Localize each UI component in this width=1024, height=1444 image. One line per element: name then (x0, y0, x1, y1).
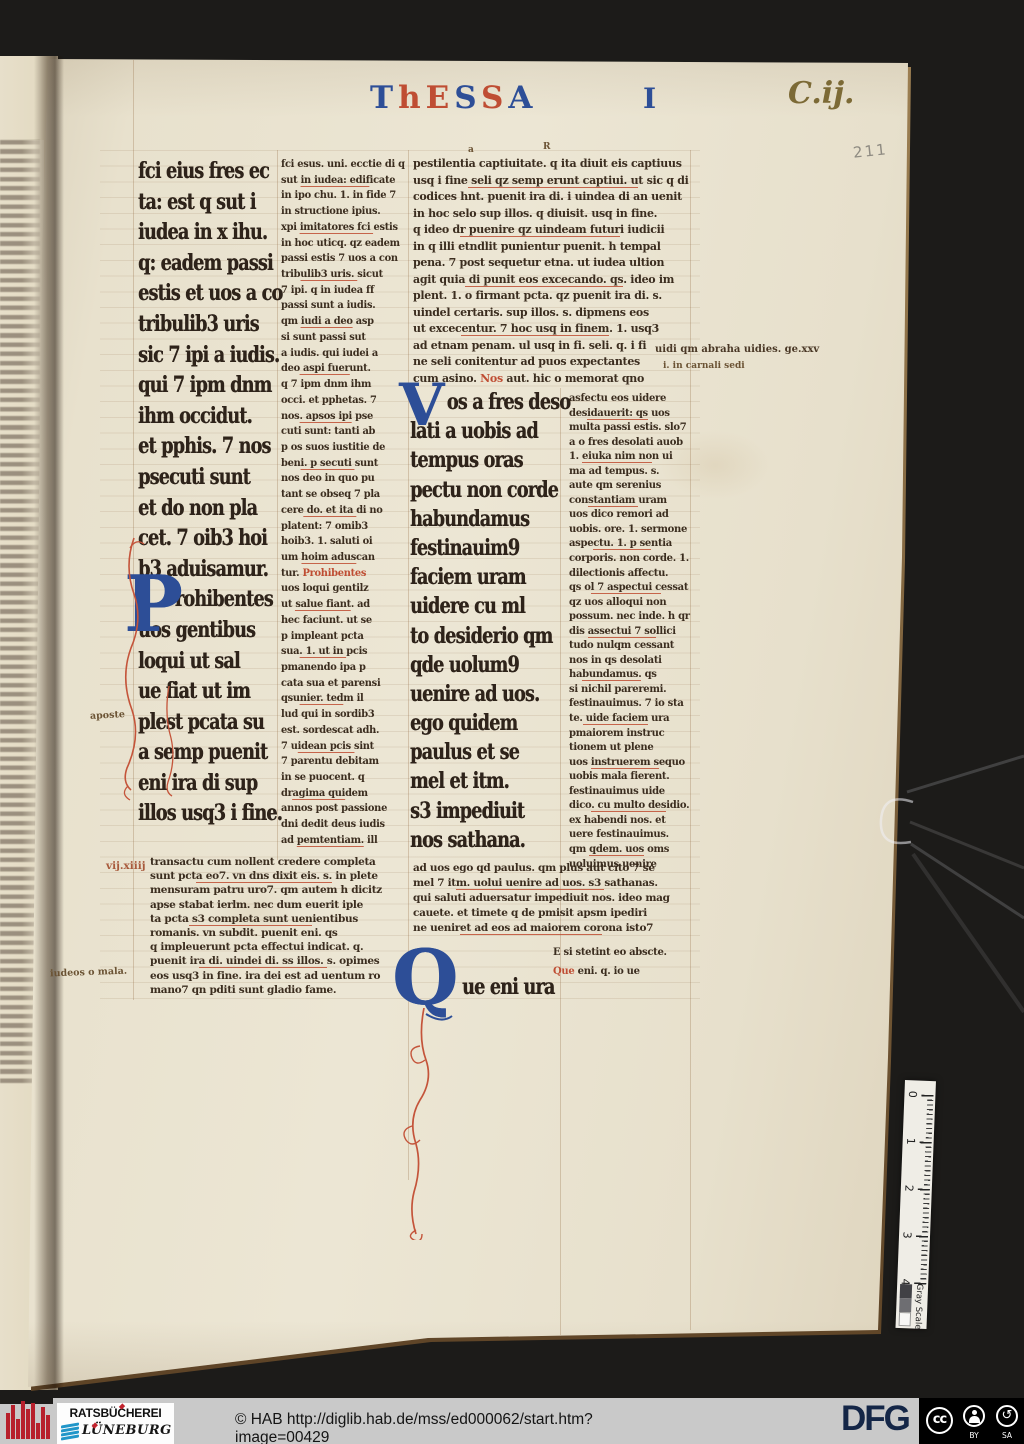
gloss-block-bottom-left: transactu cum nollent credere completasu… (150, 856, 416, 998)
text-line: ne seli conitentur ad puos expectantes (413, 355, 705, 372)
calibration-ruler: 01234 Gray Scale (895, 1080, 935, 1329)
text-line: et pphis. 7 nos (138, 433, 252, 464)
grayscale-swatch-light (899, 1312, 912, 1326)
grayscale-swatch-dark (900, 1284, 913, 1298)
margin-note-left-2: vij.xiiij (106, 860, 146, 872)
text-line: cere do. et ita di no (281, 504, 402, 520)
text-line: ad uos ego qd paulus. qm plus aut cito 7… (413, 862, 699, 877)
text-line: cum asino. Nos aut. hic o memorat qno (413, 372, 705, 389)
margin-note-left-1: aposte (90, 709, 125, 722)
text-line: uere festinauimus. (569, 829, 697, 844)
text-line: mensuram patru uro7. qm autem h dicitz (150, 884, 416, 898)
text-line: um hoim aduscan (281, 551, 402, 567)
final-large-line: ue eni ura (462, 974, 578, 1000)
initial-v: V (399, 376, 444, 434)
text-line: transactu cum nollent credere completa (150, 856, 416, 870)
text-line: ihm occidut. (138, 403, 252, 434)
text-line: sic 7 ipi a iudis. (138, 342, 252, 373)
text-line: iudea in x ihu. (138, 219, 252, 250)
ruler-number: 2 (902, 1184, 915, 1196)
text-line: q ideo dr puenire qz uindeam futuri iudi… (413, 223, 705, 240)
text-line: hoib3. 1. saluti oi (281, 535, 402, 551)
text-line: et do non pla (138, 495, 252, 526)
text-line: lud qui in sordib3 (281, 708, 402, 724)
gloss-block-bottom-right: ad uos ego qd paulus. qm plus aut cito 7… (413, 862, 699, 937)
text-line: in q illi etndlit punientur puenit. h te… (413, 240, 705, 257)
text-line: beni. p secuti sunt (281, 457, 402, 473)
text-line: est. sordescat adh. (281, 724, 402, 740)
title-letter: T (370, 80, 398, 116)
text-line: uobis. ore. 1. sermone (569, 524, 697, 539)
text-line: possum. nec inde. h qr (569, 611, 697, 626)
text-line: qs ol 7 aspectui cessat (569, 582, 697, 597)
text-line: s3 impediuit (410, 798, 538, 827)
text-line: pmaiorem instruc (569, 728, 697, 743)
blue-wave-icon (61, 1423, 79, 1440)
text-line: usq i fine seli qz semp erunt captiui. u… (413, 174, 705, 191)
text-line: apse stabat ierlm. nec dum euerit iple (150, 899, 416, 913)
text-line: cuti sunt: tanti ab (281, 425, 402, 441)
text-line: cet. 7 oib3 hoi (138, 525, 252, 556)
ruler-cm-ticks (914, 1095, 933, 1285)
title-letter: A (508, 80, 537, 116)
text-line: a iudis. qui iudei a (281, 347, 402, 363)
text-line: illos usq3 i fine. (138, 800, 252, 831)
text-line: 1. eiuka nim non ui (569, 451, 697, 466)
text-line: uindel certaris. sup illos. s. dipmens e… (413, 306, 705, 323)
text-line: tribulib3 uris. sicut (281, 268, 402, 284)
text-line: annos post passione (281, 802, 402, 818)
cc-sa-label: SA (996, 1431, 1018, 1440)
text-line: passi estis 7 uos a con (281, 252, 402, 268)
cc-by-icon[interactable] (963, 1405, 985, 1427)
text-line: aute qm serenius (569, 480, 697, 495)
text-line: a semp puenit (138, 739, 252, 770)
text-line: tudo nulqm cessant (569, 640, 697, 655)
chapter-mark: C.ij. (788, 76, 855, 111)
ruler-numbers: 01234 (905, 1080, 936, 1081)
book-numeral: I (643, 82, 656, 115)
text-line: fci eius fres ec (138, 158, 252, 189)
text-line: mano7 qn pditi sunt gladio fame. (150, 984, 416, 998)
text-line: puenit ira di. uindei di. ss illos. s. o… (150, 955, 416, 969)
gloss-column-right: asfectu eos uideredesidauerit: qs uosmul… (569, 393, 697, 873)
text-line: in hoc uticq. qz eadem (281, 237, 402, 253)
text-line: codices hnt. puenit ira di. i uindea di … (413, 190, 705, 207)
text-line: festinauimus. 7 io sta (569, 698, 697, 713)
text-line: loqui ut sal (138, 648, 252, 679)
dfg-logo[interactable]: DFG (841, 1399, 909, 1439)
text-line: pena. 7 post sequetur etna. ut iudea ult… (413, 256, 705, 273)
text-line: a o fres desolati auob (569, 437, 697, 452)
title-letter: h (398, 80, 426, 116)
text-line: habundamus. qs (569, 669, 697, 684)
margin-note-right-1: uidi qm abraha uidies. ge.xxv (655, 344, 819, 355)
text-line: qsunier. tedm il (281, 692, 402, 708)
text-line: plent. 1. o firmant pcta. qz puenit ira … (413, 289, 705, 306)
text-line: nos in qs desolati (569, 655, 697, 670)
text-line: deo aspi fuerunt. (281, 362, 402, 378)
text-line: p impleant pcta (281, 630, 402, 646)
text-line: 7 uidean pcis sint (281, 740, 402, 756)
text-line: cauete. et timete q de pmisit apsm ipedi… (413, 907, 699, 922)
text-line: in hoc selo sup illos. q diuisit. usq in… (413, 207, 705, 224)
text-line: passi sunt a iudis. (281, 299, 402, 315)
text-line: si sunt passi sut (281, 331, 402, 347)
copyright-url[interactable]: © HAB http://diglib.hab.de/mss/ed000062/… (235, 1411, 675, 1444)
text-line: eni ira di sup (138, 770, 252, 801)
ratsbuecherei-bars-icon[interactable] (6, 1402, 56, 1441)
text-line: 7 parentu debitam (281, 755, 402, 771)
text-line: uos instruerem sequo (569, 757, 697, 772)
interlinear-mark-r: R (543, 142, 550, 152)
grayscale-swatch-mid (899, 1298, 912, 1312)
title-letter: E (426, 80, 455, 116)
text-line: platent: 7 omib3 (281, 520, 402, 536)
biblical-text-column-2: os a fres desolati a uobis adtempus oras… (410, 389, 570, 856)
ratsbuecherei-logo[interactable]: RATSBÜCHEREI LÜNEBURG (57, 1403, 174, 1444)
text-line: si nichil pareremi. (569, 684, 697, 699)
text-line: ma ad tempus. s. (569, 466, 697, 481)
text-line: in ipo chu. 1. in fide 7 (281, 189, 402, 205)
text-line: pectu non corde (410, 477, 538, 506)
text-line: qde uolum9 (410, 652, 538, 681)
text-line: ta pcta s3 completa sunt uenientibus (150, 913, 416, 927)
text-line: nos sathana. (410, 827, 538, 856)
text-line: ad pemtentiam. ill (281, 834, 402, 850)
text-line: uidere cu ml (410, 593, 538, 622)
title-letter: S (454, 80, 481, 116)
text-line: te. uide faciem ura (569, 713, 697, 728)
cc-license-badge[interactable]: cc ↺ BY SA (919, 1398, 1024, 1444)
text-line: ta: est q sut i (138, 189, 252, 220)
text-line: romanis. vn subdit. puenit eni. qs (150, 927, 416, 941)
cc-sa-icon[interactable]: ↺ (996, 1405, 1018, 1427)
running-title: ThESSA (370, 80, 537, 116)
text-line: mel 7 itm. uolui uenire ad uos. s3 satha… (413, 877, 699, 892)
text-line: 7 ipi. q in iudea ff (281, 284, 402, 300)
text-line: uobis mala fierent. (569, 771, 697, 786)
text-line: festinauim9 (410, 535, 538, 564)
text-line: uenire ad uos. (410, 681, 538, 710)
text-line: qm iudi a deo asp (281, 315, 402, 331)
text-line: qui saluti aduersatur impediuit nos. ide… (413, 892, 699, 907)
text-line: faciem uram (410, 564, 538, 593)
text-line: sut in iudea: edificate (281, 174, 402, 190)
folio-number-pencil: 211 (852, 140, 888, 162)
text-line: agit quia di punit eos excecando. qs. id… (413, 273, 705, 290)
text-line: in se puocent. q (281, 771, 402, 787)
text-line: occi. et pphetas. 7 (281, 394, 402, 410)
text-line: tribulib3 uris (138, 311, 252, 342)
library-name: RATSBÜCHEREI (57, 1406, 174, 1420)
biblical-text-column-1: fci eius fres ecta: est q sut iiudea in … (138, 158, 280, 831)
text-line: hec faciunt. ut se (281, 614, 402, 630)
text-line: ego quidem (410, 710, 538, 739)
gutter-shadow (34, 56, 64, 1390)
text-line: tant se obseq 7 pla (281, 488, 402, 504)
text-line: psecuti sunt (138, 464, 252, 495)
text-line: p os suos iustitie de (281, 441, 402, 457)
attribution-bar: RATSBÜCHEREI LÜNEBURG © HAB http://digli… (0, 1398, 1024, 1444)
text-line: aspectu. 1. p sentia (569, 538, 697, 553)
margin-note-right-2: i. in carnali sedi (663, 361, 745, 371)
text-line: desidauerit: qs uos (569, 408, 697, 423)
text-line: ut excecentur. 7 hoc usq in finem. 1. us… (413, 322, 705, 339)
text-line: fci esus. uni. ecctie di q (281, 158, 402, 174)
text-line: q 7 ipm dnm ihm (281, 378, 402, 394)
text-line: sua. 1. ut in pcis (281, 645, 402, 661)
text-line: paulus et se (410, 739, 538, 768)
cc-icon[interactable]: cc (926, 1407, 953, 1434)
text-line: xpi imitatores fci estis (281, 221, 402, 237)
text-line: tionem ut plene (569, 742, 697, 757)
grayscale-label: Gray Scale (912, 1284, 924, 1330)
text-line: dragima quidem (281, 787, 402, 803)
scan-viewer: ThESSA I C.ij. 211 fci eius fres ecta: e… (0, 0, 1024, 1444)
text-line: estis et uos a co (138, 280, 252, 311)
interlinear-mark-a: a (468, 145, 474, 155)
text-line: qui 7 ipm dnm (138, 372, 252, 403)
text-line: ut salue fiant. ad (281, 598, 402, 614)
cc-by-label: BY (963, 1431, 985, 1440)
ruler-number: 0 (906, 1091, 919, 1103)
text-line: tur. Prohibentes (281, 567, 402, 583)
text-line: nos. apsos ipi pse (281, 410, 402, 426)
ruler-number: 1 (904, 1138, 917, 1150)
text-line: tempus oras (410, 447, 538, 476)
text-line: qz uos alloqui non (569, 597, 697, 612)
text-line: qm qdem. uos oms (569, 844, 697, 859)
text-line: ue fiat ut im (138, 678, 252, 709)
text-line: pmanendo ipa p (281, 661, 402, 677)
final-line-text: ue eni ura (462, 974, 554, 1000)
text-line: festinauimus uide (569, 786, 697, 801)
text-line: eos usq3 in fine. ira dei est ad uentum … (150, 970, 416, 984)
text-line: q: eadem passi (138, 250, 252, 281)
text-line: uos dico remori ad (569, 509, 697, 524)
text-line: ex habendi nos. et (569, 815, 697, 830)
text-line: cata sua et parensi (281, 677, 402, 693)
gloss-column-2: fci esus. uni. ecctie di qsut in iudea: … (281, 158, 411, 850)
text-line: mel et itm. (410, 768, 538, 797)
ruler-number: 3 (900, 1231, 913, 1243)
text-line: asfectu eos uidere (569, 393, 697, 408)
text-line: dilectionis affectu. (569, 568, 697, 583)
initial-p: P (124, 566, 183, 644)
text-line: dni dedit deus iudis (281, 818, 402, 834)
text-line: dico. cu multo desidio. (569, 800, 697, 815)
text-line: in structione ipius. (281, 205, 402, 221)
text-line: corporis. non corde. 1. (569, 553, 697, 568)
manuscript-photo: ThESSA I C.ij. 211 fci eius fres ecta: e… (0, 0, 1024, 1398)
text-line: sunt pcta eo7. vn dns dixit eis. s. in p… (150, 870, 416, 884)
text-line: to desiderio qm (410, 623, 538, 652)
text-line: multa passi estis. slo7 (569, 422, 697, 437)
text-line: uos loqui gentilz (281, 582, 402, 598)
text-line: dis assectui 7 sollici (569, 626, 697, 641)
initial-q: Q (392, 940, 458, 1016)
text-line: E si stetint eo abscte. (553, 947, 703, 966)
text-line: q impleuerunt pcta effectui indicat. q. (150, 941, 416, 955)
text-line: plest pcata su (138, 709, 252, 740)
title-letter: S (481, 80, 508, 116)
text-line: constantiam uram (569, 495, 697, 510)
text-line: pestilentia captiuitate. q ita diuit eis… (413, 157, 705, 174)
text-line: nos deo in quo pu (281, 472, 402, 488)
text-line: habundamus (410, 506, 538, 535)
